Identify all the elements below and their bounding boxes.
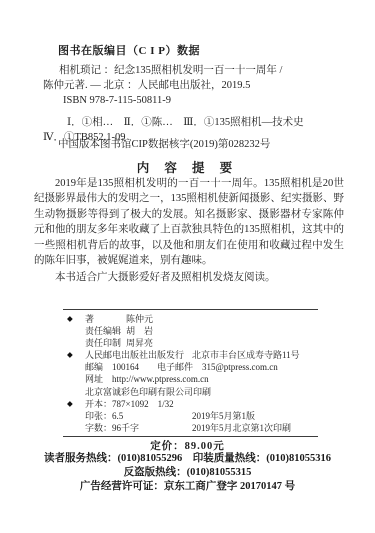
bullet-spacer <box>63 373 85 385</box>
cip-class-line-1: Ⅰ．①相… Ⅱ．①陈… Ⅲ．①135照相机—技术史 <box>41 115 347 130</box>
word-count: 字数：96千字 <box>85 422 192 434</box>
editor-name: 胡 岩 <box>126 325 318 337</box>
bullet-spacer <box>63 386 85 398</box>
postcode-email: 邮编 100164 电子邮件 315@ptpress.com.cn <box>85 361 318 373</box>
ad-license-number: 广告经营许可证：京东工商广登字 20170147 号 <box>0 480 375 494</box>
bullet-spacer <box>63 325 85 337</box>
cip-registry-number: 中国版本图书馆CIP数据核字(2019)第028232号 <box>58 136 270 151</box>
colophon-row-postcode-email: 邮编 100164 电子邮件 315@ptpress.com.cn <box>63 361 318 373</box>
summary-body: 2019年是135照相机发明的一百一十一周年。135照相机是20世纪摄影界最伟大… <box>34 176 344 286</box>
colophon-row-print-supervisor: 责任印制 周昇亮 <box>63 337 318 349</box>
colophon-row-sheets-edition: 印张：6.5 2019年5月第1版 <box>63 410 318 422</box>
printing-info: 2019年5月北京第1次印刷 <box>192 422 318 434</box>
diamond-bullet-icon: ◆ <box>63 349 85 361</box>
cip-title-line-2: 陈仲元著. — 北京 ：人民邮电出版社，2019.5 <box>41 78 347 93</box>
colophon-row-wordcount-printing: 字数：96千字 2019年5月北京第1次印刷 <box>63 422 318 434</box>
price: 定价：89.00元 <box>0 438 375 453</box>
diamond-bullet-icon: ◆ <box>63 313 85 325</box>
bullet-spacer <box>63 337 85 349</box>
edition-info: 2019年5月第1版 <box>192 410 318 422</box>
colophon-row-printer: 北京富诚彩色印刷有限公司印刷 <box>63 386 318 398</box>
author-label: 著 <box>85 313 126 325</box>
cip-isbn: ISBN 978-7-115-50811-9 <box>41 93 347 108</box>
printed-sheets: 印张：6.5 <box>85 410 192 422</box>
website-url: 网址 http://www.ptpress.com.cn <box>85 373 318 385</box>
author-name: 陈仲元 <box>126 313 318 325</box>
colophon-row-format: ◆ 开本：787×1092 1/32 <box>63 398 318 410</box>
book-format: 开本：787×1092 1/32 <box>85 398 318 410</box>
cip-header: 图书在版编目（C I P）数据 <box>58 42 200 58</box>
cip-body: 相机琐记 ：纪念135照相机发明一百一十一周年 / 陈仲元著. — 北京 ：人民… <box>41 63 347 145</box>
summary-paragraph-2: 本书适合广大摄影爱好者及照相机发烧友阅读。 <box>34 270 344 285</box>
summary-paragraph-1: 2019年是135照相机发明的一百一十一周年。135照相机是20世纪摄影界最伟大… <box>34 176 344 268</box>
reader-service-hotline: 读者服务热线：(010)81055296 印装质量热线：(010)8105531… <box>0 452 375 466</box>
bullet-spacer <box>63 410 85 422</box>
bullet-spacer <box>63 361 85 373</box>
colophon-row-editor: 责任编辑 胡 岩 <box>63 325 318 337</box>
colophon-row-publisher: ◆ 人民邮电出版社出版发行 北京市丰台区成寿寺路11号 <box>63 349 318 361</box>
colophon-row-author: ◆ 著 陈仲元 <box>63 313 318 325</box>
anti-piracy-hotline: 反盗版热线：(010)81055315 <box>0 466 375 480</box>
publisher-address: 北京市丰台区成寿寺路11号 <box>192 349 318 361</box>
bullet-spacer <box>63 422 85 434</box>
summary-title: 内 容 提 要 <box>0 158 375 176</box>
colophon-block: ◆ 著 陈仲元 责任编辑 胡 岩 责任印制 周昇亮 ◆ 人民邮电出版社出版发行 … <box>63 309 318 437</box>
publisher-name: 人民邮电出版社出版发行 <box>85 349 192 361</box>
diamond-bullet-icon: ◆ <box>63 398 85 410</box>
hotlines-block: 读者服务热线：(010)81055296 印装质量热线：(010)8105531… <box>0 452 375 495</box>
colophon-row-website: 网址 http://www.ptpress.com.cn <box>63 373 318 385</box>
editor-label: 责任编辑 <box>85 325 126 337</box>
cip-title-line-1: 相机琐记 ：纪念135照相机发明一百一十一周年 / <box>41 63 347 78</box>
print-supervisor-label: 责任印制 <box>85 337 126 349</box>
printer-name: 北京富诚彩色印刷有限公司印刷 <box>85 386 318 398</box>
spacer <box>41 108 347 115</box>
print-supervisor-name: 周昇亮 <box>126 337 318 349</box>
copyright-page: 图书在版编目（C I P）数据 相机琐记 ：纪念135照相机发明一百一十一周年 … <box>0 0 375 533</box>
